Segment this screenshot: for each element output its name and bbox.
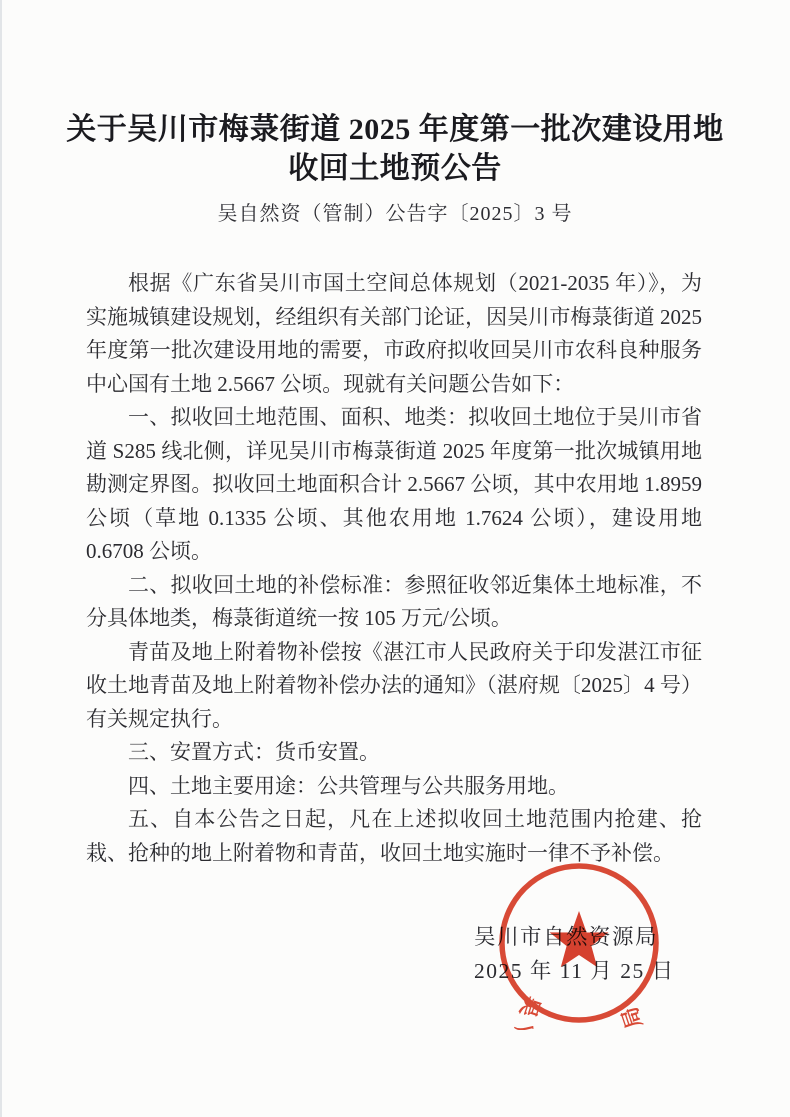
signature-block: 吴川市自然资源局 2025 年 11 月 25 日 (474, 920, 675, 988)
seal-ring-text-holder: 吴川市自然资源局 (511, 992, 647, 1030)
body-paragraph-item2: 二、拟收回土地的补偿标准：参照征收邻近集体土地标准，不分具体地类，梅菉街道统一按… (86, 569, 702, 636)
document-title-line2: 收回土地预公告 (288, 152, 502, 185)
seal-ring-text: 吴川市自然资源局 (511, 992, 647, 1030)
document-title: 关于吴川市梅菉街道 2025 年度第一批次建设用地 收回土地预公告 (0, 0, 790, 188)
body-paragraph-item1: 一、拟收回土地范围、面积、地类：拟收回土地位于吴川市省道 S285 线北侧，详见… (86, 401, 702, 569)
announcement-page: 关于吴川市梅菉街道 2025 年度第一批次建设用地 收回土地预公告 吴自然资（管… (0, 0, 790, 1117)
body-paragraph-item5: 五、自本公告之日起，凡在上述拟收回土地范围内抢建、抢栽、抢种的地上附着物和青苗，… (86, 803, 702, 870)
body-paragraph-item2-note: 青苗及地上附着物补偿按《湛江市人民政府关于印发湛江市征收土地青苗及地上附着物补偿… (86, 636, 702, 737)
signature-date: 2025 年 11 月 25 日 (474, 954, 675, 988)
signature-org: 吴川市自然资源局 (474, 920, 675, 954)
body-paragraph-item4: 四、土地主要用途：公共管理与公共服务用地。 (86, 770, 702, 804)
body-paragraph-item3: 三、安置方式：货币安置。 (86, 736, 702, 770)
document-number: 吴自然资（管制）公告字〔2025〕3 号 (0, 197, 790, 226)
document-title-line1: 关于吴川市梅菉街道 2025 年度第一批次建设用地 (66, 113, 724, 146)
seal-text-arc (518, 986, 640, 1030)
body-paragraph-intro: 根据《广东省吴川市国土空间总体规划（2021-2035 年）》，为实施城镇建设规… (86, 267, 702, 401)
scan-edge-artifact (0, 0, 2, 1117)
document-body: 根据《广东省吴川市国土空间总体规划（2021-2035 年）》，为实施城镇建设规… (86, 267, 702, 870)
